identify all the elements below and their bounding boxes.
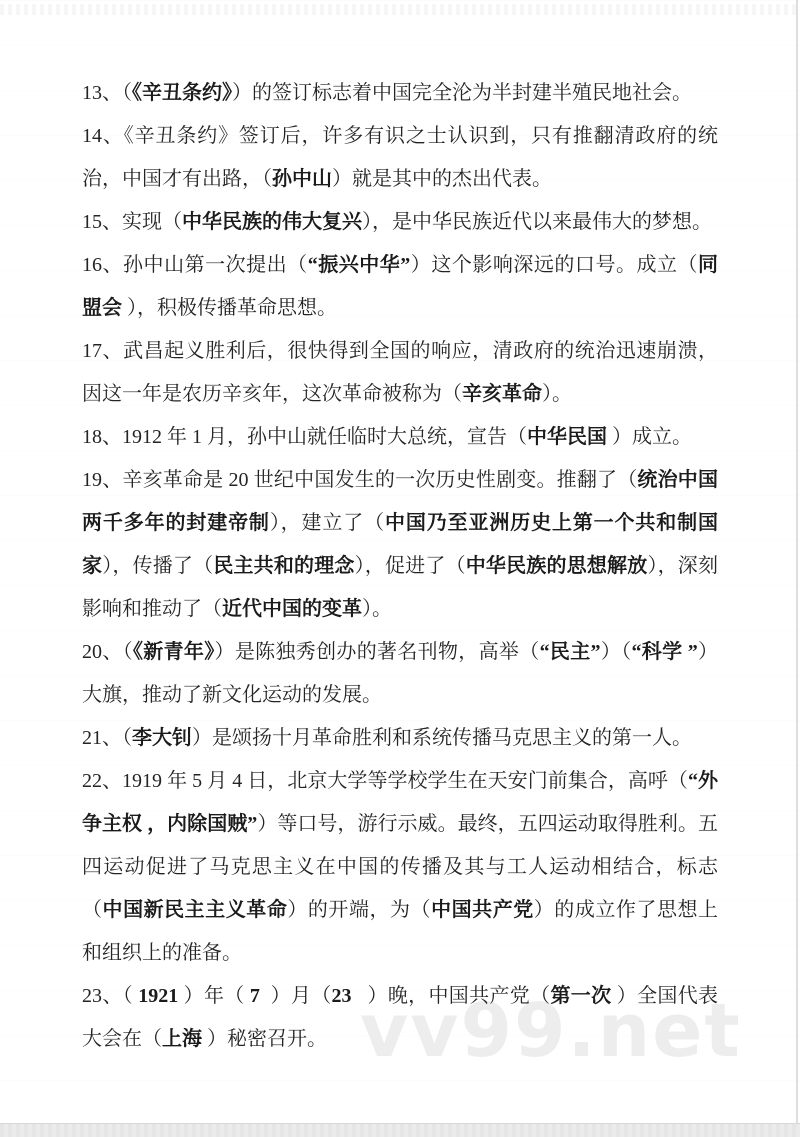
question-item-23: 23、（ 1921 ）年（ 7 ）月（23 ）晚，中国共产党（第一次 ）全国代表… [82,975,718,1061]
question-text: 19、辛亥革命是 20 世纪中国发生的一次历史性剧变。推翻了（ [82,469,637,491]
question-text: ），是中华民族近代以来最伟大的梦想。 [362,211,712,233]
question-text: 15、实现（ [82,211,182,233]
question-item-22: 22、1919 年 5 月 4 日，北京大学等学校学生在天安门前集合，高呼（“外… [82,760,718,975]
question-text: 13、（ [82,82,132,104]
question-text: ）晚，中国共产党（ [352,985,551,1007]
question-text: ），积极传播革命思想。 [122,297,337,319]
question-text: ）月（ [260,985,332,1007]
document-body: 13、（《辛丑条约》）的签订标志着中国完全沦为半封建半殖民地社会。14、《辛丑条… [82,72,718,1061]
answer-text: “科学 ” [631,641,697,663]
question-text: ），建立了（ [270,512,385,534]
answer-text: 辛亥革命 [462,383,542,405]
answer-text: 上海 [162,1028,202,1050]
question-item-14: 14、《辛丑条约》签订后，许多有识之士认识到，只有推翻清政府的统治，中国才有出路… [82,115,718,201]
question-text: ）成立。 [607,426,692,448]
question-item-17: 17、武昌起义胜利后，很快得到全国的响应，清政府的统治迅速崩溃，因这一年是农历辛… [82,330,718,416]
answer-text: 第一次 [550,985,611,1007]
answer-text: “民主” [540,641,601,663]
answer-text: 中国共产党 [431,899,534,921]
question-text: ）是陈独秀创办的著名刊物，高举（ [215,641,540,663]
question-text: ），促进了（ [355,555,466,577]
question-item-19: 19、辛亥革命是 20 世纪中国发生的一次历史性剧变。推翻了（统治中国两千多年的… [82,459,718,631]
question-item-18: 18、1912 年 1 月，孙中山就任临时大总统，宣告（中华民国 ）成立。 [82,416,718,459]
question-item-20: 20、（《新青年》）是陈独秀创办的著名刊物，高举（“民主”）（“科学 ”）大旗，… [82,631,718,717]
question-text: ）就是其中的杰出代表。 [332,168,552,190]
answer-text: 《辛丑条约》 [132,82,232,104]
question-text: 20、（ [82,641,133,663]
page-right-edge-line [796,0,798,1124]
question-text: ）这个影响深远的口号。成立（ [410,254,698,276]
question-text: 16、孙中山第一次提出（ [82,254,308,276]
question-text: ）是颂扬十月革命胜利和系统传播马克思主义的第一人。 [192,727,692,749]
question-text: ）年（ [178,985,250,1007]
answer-text: 中华民族的伟大复兴 [182,211,362,233]
answer-text: “振兴中华” [308,254,411,276]
answer-text: 李大钊 [132,727,192,749]
answer-text: 近代中国的变革 [222,598,362,620]
question-text: 22、1919 年 5 月 4 日，北京大学等学校学生在天安门前集合，高呼（ [82,770,688,792]
answer-text: 中华民国 [527,426,607,448]
question-text: 23、（ [82,985,138,1007]
answer-text: 1921 [138,985,178,1007]
answer-text: 中华民族的思想解放 [466,555,648,577]
question-item-13: 13、（《辛丑条约》）的签订标志着中国完全沦为半封建半殖民地社会。 [82,72,718,115]
answer-text: 23 [332,985,352,1007]
answer-text: 中国新民主主义革命 [103,899,288,921]
question-text: ）。 [362,598,392,620]
question-item-16: 16、孙中山第一次提出（“振兴中华”）这个影响深远的口号。成立（同盟会 ），积极… [82,244,718,330]
page-bottom-bar [0,1123,800,1137]
question-text: ）秘密召开。 [202,1028,327,1050]
question-text: ）（ [601,641,632,663]
answer-text: 《新青年》 [133,641,215,663]
answer-text: 7 [250,985,260,1007]
question-text: 17、武昌起义胜利后，很快得到全国的响应，清政府的统治迅速崩溃，因这一年是农历辛… [82,340,718,405]
document-page: vv99.net 13、（《辛丑条约》）的签订标志着中国完全沦为半封建半殖民地社… [0,0,800,1137]
answer-text: 孙中山 [272,168,332,190]
question-item-15: 15、实现（中华民族的伟大复兴），是中华民族近代以来最伟大的梦想。 [82,201,718,244]
question-text: 21、（ [82,727,132,749]
page-top-texture [0,4,800,15]
question-item-21: 21、（李大钊）是颂扬十月革命胜利和系统传播马克思主义的第一人。 [82,717,718,760]
question-text: ）的签订标志着中国完全沦为半封建半殖民地社会。 [232,82,692,104]
question-text: ）。 [542,383,572,405]
question-text: ）的开端，为（ [287,899,431,921]
answer-text: 民主共和的理念 [213,555,354,577]
question-text: ），传播了（ [102,555,213,577]
question-text: 18、1912 年 1 月，孙中山就任临时大总统，宣告（ [82,426,527,448]
